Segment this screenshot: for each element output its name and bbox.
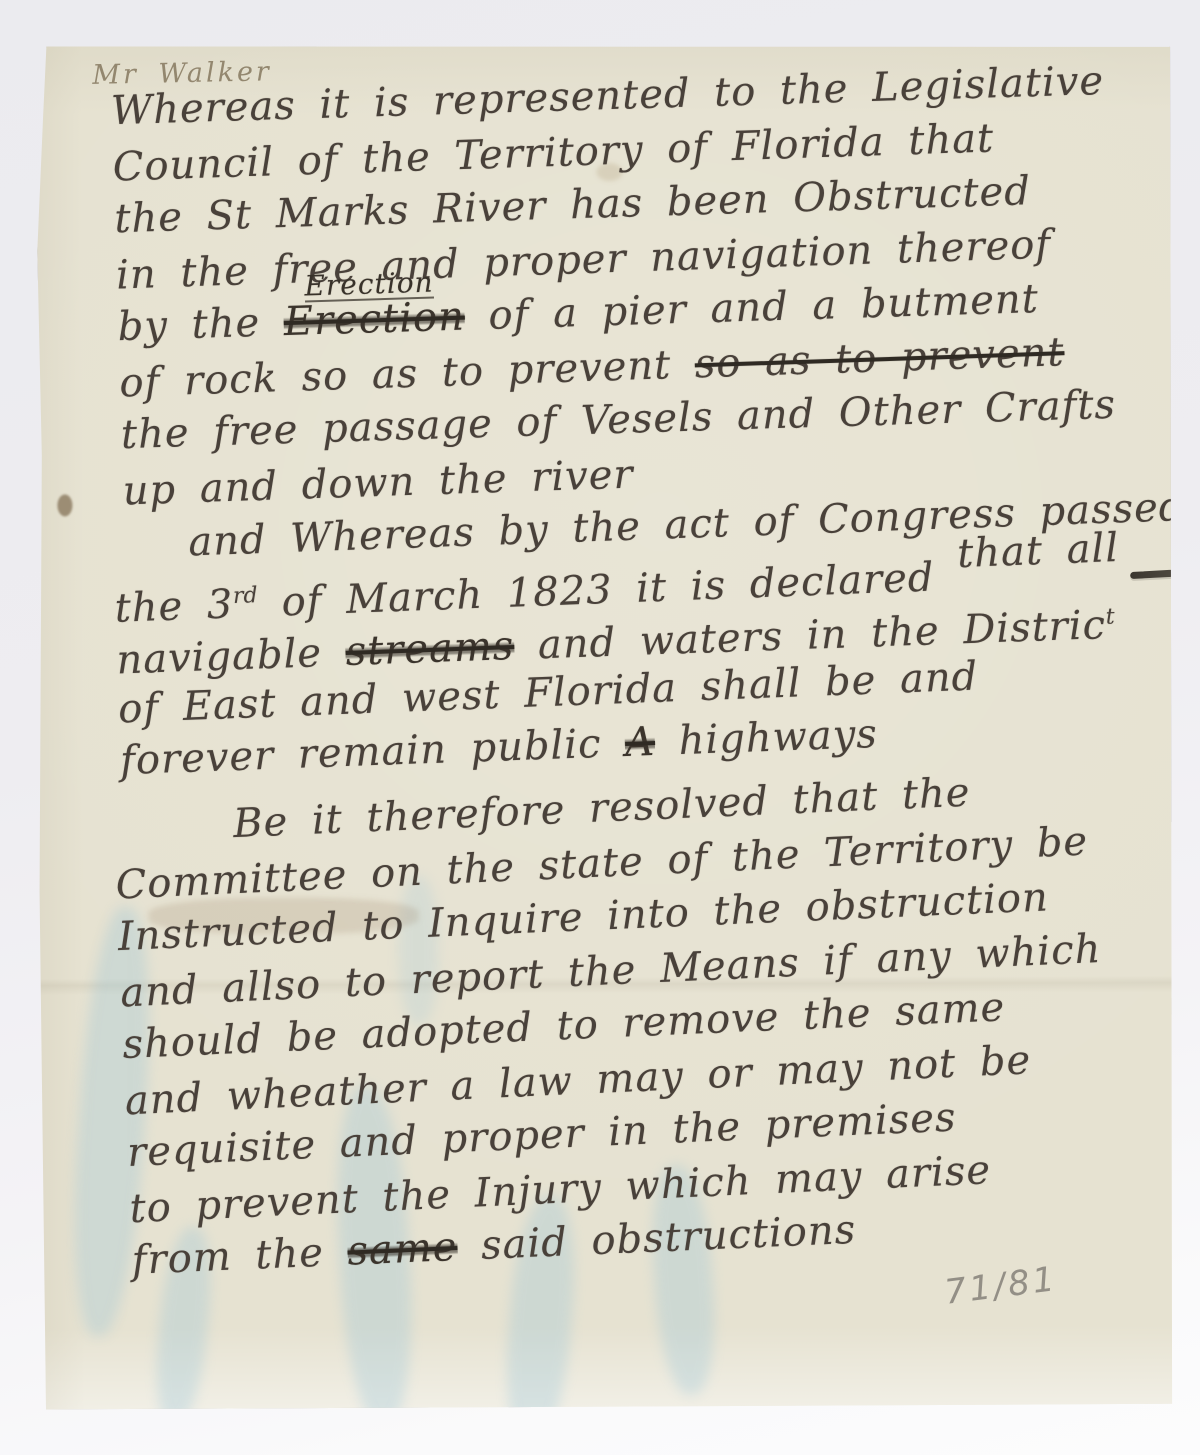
- text-segment: by the: [117, 299, 284, 350]
- inserted-word: Erection: [304, 268, 434, 302]
- corrected-word: ErectionErection: [283, 290, 466, 350]
- struck-text: A: [624, 719, 656, 766]
- ink-stain: [57, 494, 72, 516]
- manuscript-text: Whereas it is represented to the Legisla…: [110, 82, 1158, 1289]
- ink-smear: [1130, 563, 1174, 580]
- struck-text: same: [347, 1224, 459, 1275]
- text-segment: from the: [131, 1229, 349, 1284]
- text-segment: that all: [956, 525, 1120, 577]
- paragraph: and Whereas by the act of Congress passe…: [111, 481, 1165, 788]
- text-segment: highways: [654, 711, 878, 765]
- struck-text: so as to prevent: [694, 329, 1065, 387]
- text-segment: the 3: [114, 581, 234, 632]
- paragraph: Whereas it is represented to the Legisla…: [110, 52, 1168, 516]
- text-segment: rd: [233, 583, 259, 609]
- paragraph: Be it therefore resolved that theCommitt…: [112, 758, 1174, 1288]
- text-segment: t: [1105, 604, 1115, 629]
- manuscript-page: Mr Walker Whereas it is represented to t…: [36, 44, 1174, 1410]
